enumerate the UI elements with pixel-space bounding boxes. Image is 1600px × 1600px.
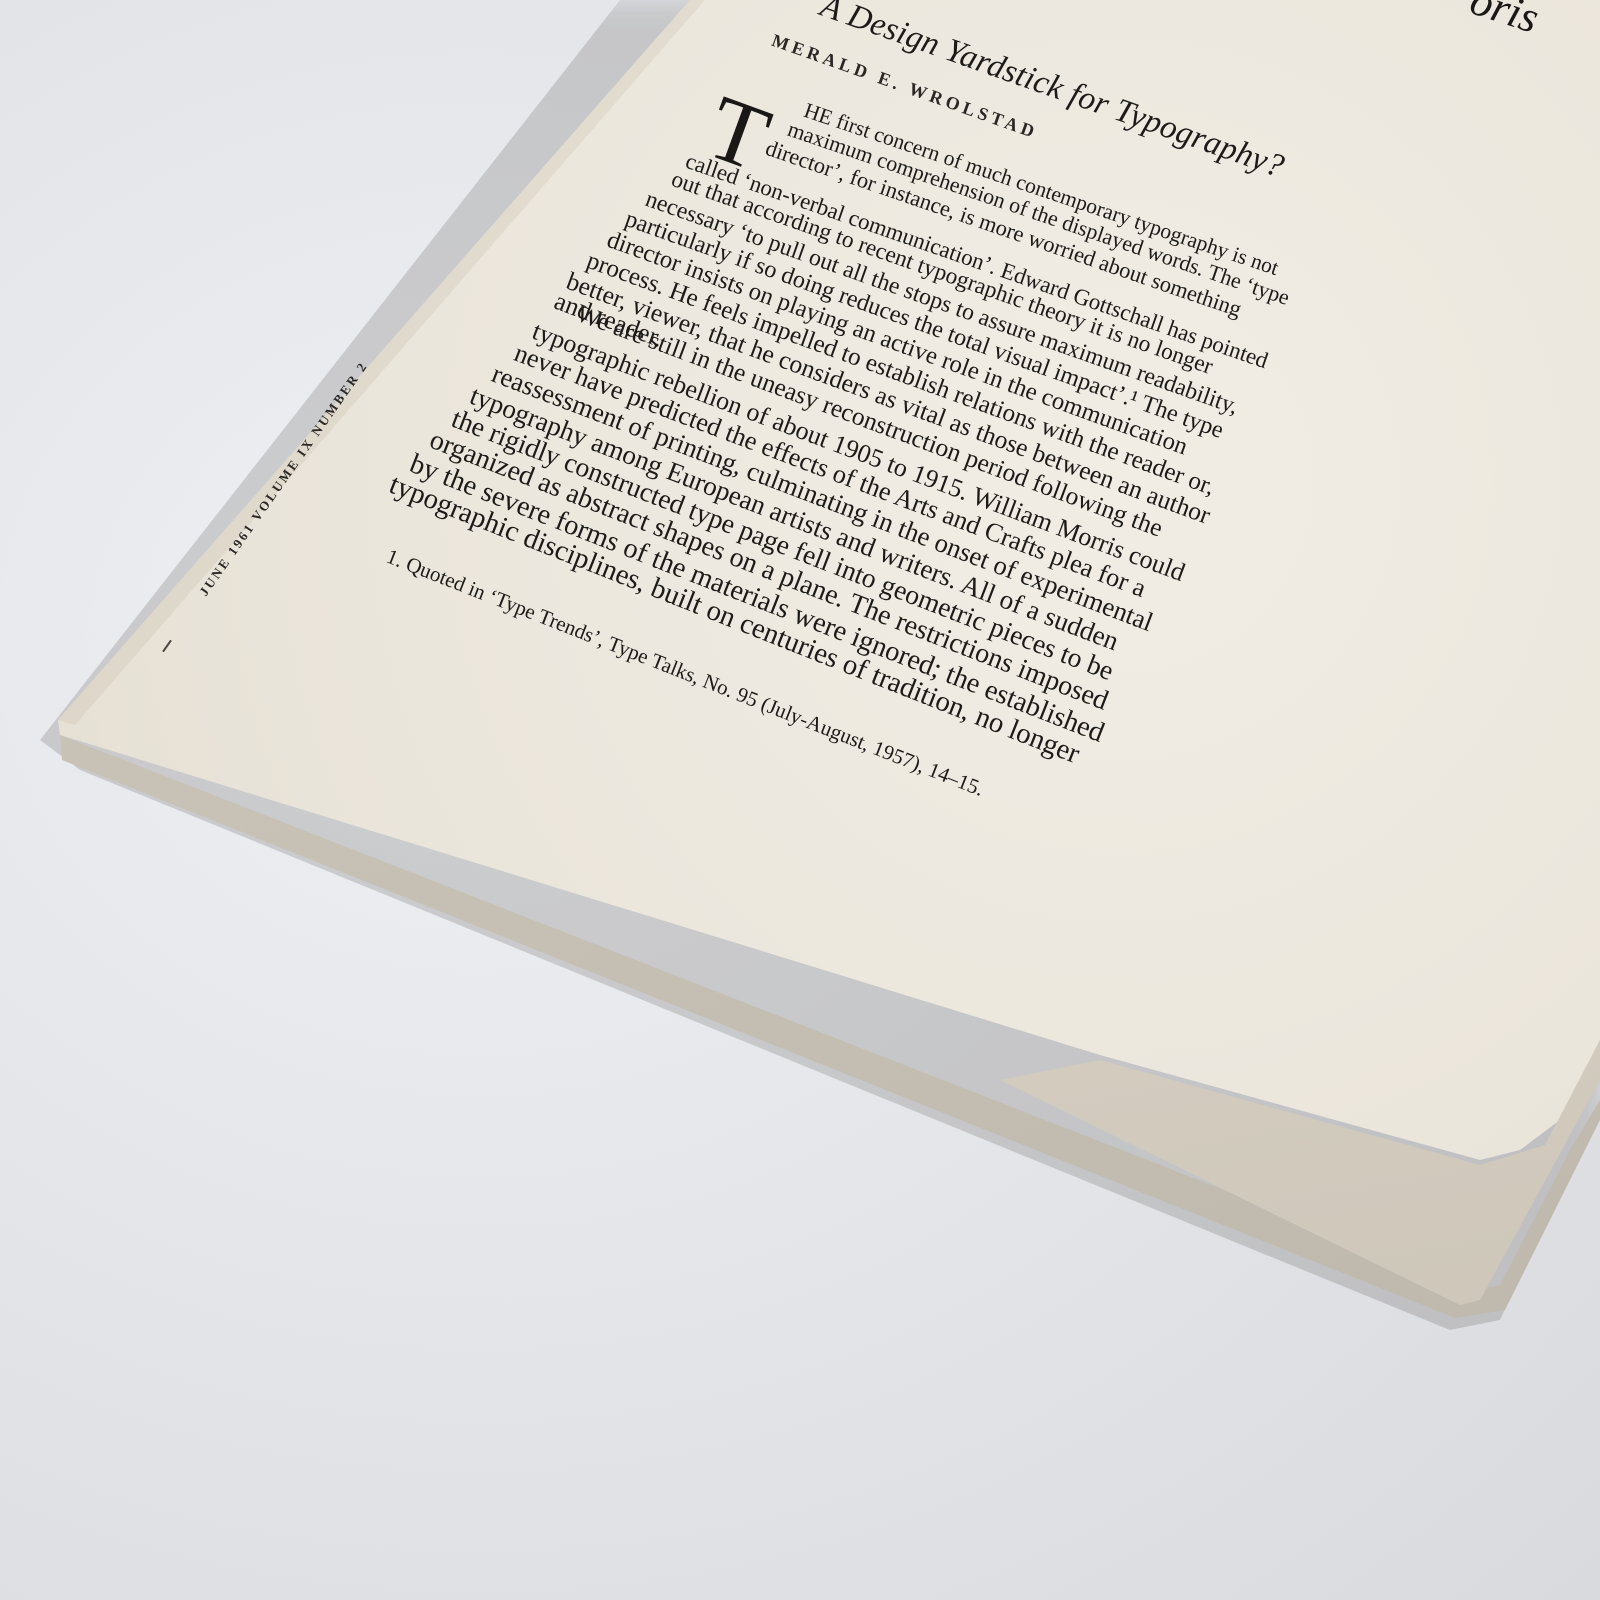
spine-issue-text: JUNE 1961 VOLUME IX NUMBER 2 xyxy=(196,358,371,599)
corner-title-fragment: oris xyxy=(1464,0,1545,44)
pencil-mark xyxy=(162,640,172,653)
article: oris A Design Yardstick for Typography? … xyxy=(0,0,1600,1600)
